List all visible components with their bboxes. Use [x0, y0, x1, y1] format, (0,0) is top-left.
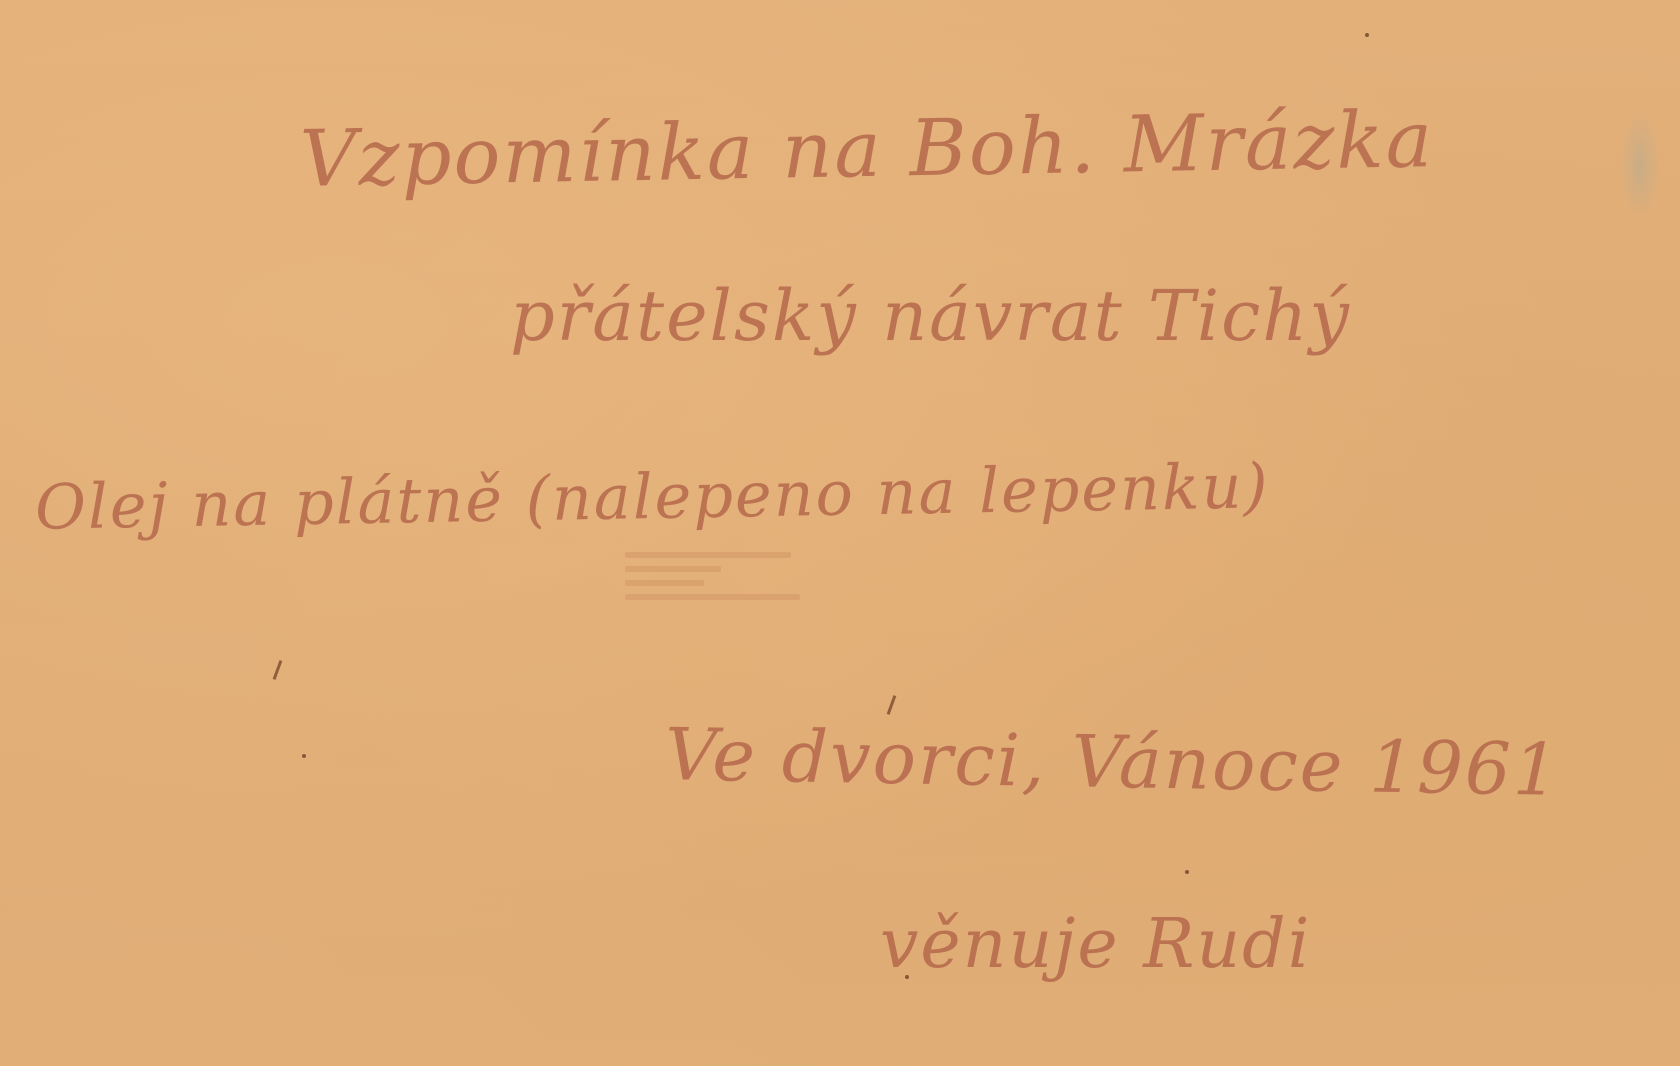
- handwriting-place-date: Ve dvorci, Vánoce 1961: [664, 712, 1561, 812]
- handwriting-line-2: přátelský návrat Tichý: [510, 275, 1351, 357]
- paper-speck: [1365, 33, 1369, 37]
- paper-speck: [1185, 870, 1189, 874]
- handwriting-signature: věnuje Rudi: [880, 905, 1311, 984]
- faint-printed-stamp: [625, 552, 800, 622]
- paper-speck: [905, 975, 909, 979]
- paper-speck: [302, 754, 306, 758]
- paper-stain: [1620, 110, 1660, 220]
